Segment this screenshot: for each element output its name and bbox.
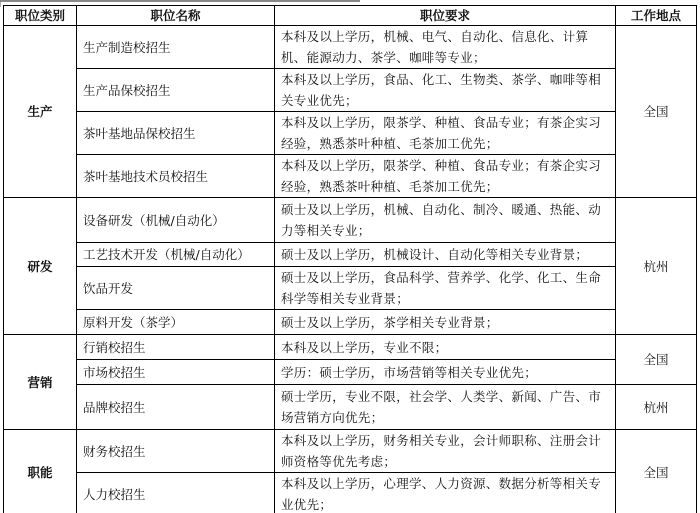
position-name: 饮品开发 — [77, 267, 275, 310]
table-row: 饮品开发 硕士及以上学历，食品科学、营养学、化学、化工、生命科学等相关专业背景； — [4, 267, 697, 310]
table-row: 生产 生产制造校招生 本科及以上学历，机械、电气、自动化、信息化、计算机、能源动… — [4, 26, 697, 69]
position-name: 财务校招生 — [77, 430, 275, 473]
table-row: 工艺技术开发（机械/自动化） 硕士及以上学历，机械设计、自动化等相关专业背景； — [4, 243, 697, 267]
table-row: 品牌校招生 硕士学历，专业不限，社会学、人类学、新闻、广告、市场营销方向优先； … — [4, 385, 697, 430]
position-name: 行销校招生 — [77, 335, 275, 360]
table-row: 茶叶基地技术员校招生 本科及以上学历，限茶学、种植、食品专业；有茶企实习经验，熟… — [4, 155, 697, 198]
position-name: 工艺技术开发（机械/自动化） — [77, 243, 275, 267]
category-marketing: 营销 — [4, 335, 77, 430]
header-requirements: 职位要求 — [275, 6, 616, 26]
position-name: 设备研发（机械/自动化） — [77, 198, 275, 243]
position-requirement: 硕士及以上学历，机械设计、自动化等相关专业背景； — [275, 243, 616, 267]
top-rule — [0, 0, 360, 2]
position-requirement: 本科及以上学历，机械、电气、自动化、信息化、计算机、能源动力、茶学、咖啡等专业； — [275, 26, 616, 69]
header-position-name: 职位名称 — [77, 6, 275, 26]
position-name: 市场校招生 — [77, 360, 275, 385]
position-requirement: 本科及以上学历，专业不限； — [275, 335, 616, 360]
position-requirement: 硕士学历，专业不限，社会学、人类学、新闻、广告、市场营销方向优先； — [275, 385, 616, 430]
table-row: 茶叶基地品保校招生 本科及以上学历，限茶学、种植、食品专业；有茶企实习经验，熟悉… — [4, 112, 697, 155]
position-name: 生产品保校招生 — [77, 69, 275, 112]
position-name: 生产制造校招生 — [77, 26, 275, 69]
position-requirement: 硕士及以上学历，食品科学、营养学、化学、化工、生命科学等相关专业背景； — [275, 267, 616, 310]
position-requirement: 学历：硕士学历，市场营销等相关专业优先； — [275, 360, 616, 385]
position-requirement: 本科及以上学历，心理学、人力资源、数据分析等相关专业优先； — [275, 473, 616, 513]
table-row: 人力校招生 本科及以上学历，心理学、人力资源、数据分析等相关专业优先； — [4, 473, 697, 513]
category-rnd: 研发 — [4, 198, 77, 335]
table-row: 营销 行销校招生 本科及以上学历，专业不限； 全国 — [4, 335, 697, 360]
table-row: 生产品保校招生 本科及以上学历，食品、化工、生物类、茶学、咖啡等相关专业优先； — [4, 69, 697, 112]
position-requirement: 本科及以上学历，财务相关专业，会计师职称、注册会计师资格等优先考虑； — [275, 430, 616, 473]
work-location: 全国 — [616, 335, 697, 385]
recruitment-table: 职位类别 职位名称 职位要求 工作地点 生产 生产制造校招生 本科及以上学历，机… — [3, 5, 697, 513]
work-location: 杭州 — [616, 385, 697, 430]
position-requirement: 本科及以上学历，限茶学、种植、食品专业；有茶企实习经验，熟悉茶叶种植、毛茶加工优… — [275, 112, 616, 155]
category-functions: 职能 — [4, 430, 77, 513]
work-location: 全国 — [616, 430, 697, 513]
table-row: 市场校招生 学历：硕士学历，市场营销等相关专业优先； — [4, 360, 697, 385]
position-name: 品牌校招生 — [77, 385, 275, 430]
position-name: 茶叶基地技术员校招生 — [77, 155, 275, 198]
header-row: 职位类别 职位名称 职位要求 工作地点 — [4, 6, 697, 26]
category-production: 生产 — [4, 26, 77, 198]
header-category: 职位类别 — [4, 6, 77, 26]
table-row: 原料开发（茶学） 硕士及以上学历，茶学相关专业背景； — [4, 310, 697, 335]
position-name: 茶叶基地品保校招生 — [77, 112, 275, 155]
work-location: 全国 — [616, 26, 697, 198]
work-location: 杭州 — [616, 198, 697, 335]
position-name: 原料开发（茶学） — [77, 310, 275, 335]
position-requirement: 本科及以上学历，限茶学、种植、食品专业；有茶企实习经验，熟悉茶叶种植、毛茶加工优… — [275, 155, 616, 198]
position-requirement: 硕士及以上学历，茶学相关专业背景； — [275, 310, 616, 335]
header-location: 工作地点 — [616, 6, 697, 26]
position-name: 人力校招生 — [77, 473, 275, 513]
table-row: 研发 设备研发（机械/自动化） 硕士及以上学历，机械、自动化、制冷、暖通、热能、… — [4, 198, 697, 243]
table-row: 职能 财务校招生 本科及以上学历，财务相关专业，会计师职称、注册会计师资格等优先… — [4, 430, 697, 473]
position-requirement: 本科及以上学历，食品、化工、生物类、茶学、咖啡等相关专业优先； — [275, 69, 616, 112]
position-requirement: 硕士及以上学历，机械、自动化、制冷、暖通、热能、动力等相关专业； — [275, 198, 616, 243]
